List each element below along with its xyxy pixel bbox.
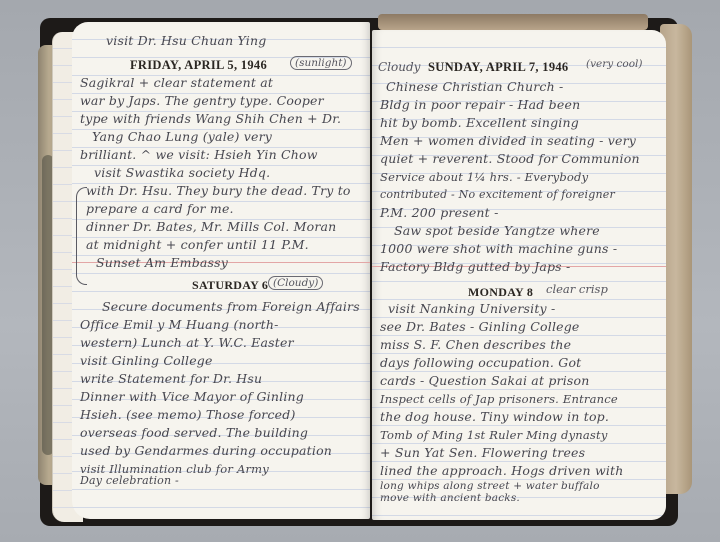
entry-text-sunday: Chinese Christian Church - Bldg in poor …	[372, 78, 666, 276]
entry-text-monday: visit Nanking University - see Dr. Bates…	[372, 300, 666, 504]
spine-tape-top	[378, 14, 648, 30]
right-page: Cloudy SUNDAY, APRIL 7, 1946 (very cool)…	[372, 30, 666, 520]
entry-text-friday-top: visit Dr. Hsu Chuan Ying	[72, 32, 370, 50]
entry-text-saturday: Secure documents from Foreign Affairs Of…	[72, 298, 370, 490]
weather-note-saturday: (Cloudy)	[268, 276, 323, 290]
date-header-monday: MONDAY 8	[468, 285, 533, 300]
weather-note-sunday: (very cool)	[586, 58, 643, 70]
entry-text-friday: Sagikral + clear statement at war by Jap…	[72, 74, 370, 272]
date-header-friday: FRIDAY, APRIL 5, 1946	[130, 58, 267, 73]
date-header-saturday: SATURDAY 6	[192, 278, 268, 293]
weather-note-monday: clear crisp	[546, 282, 608, 296]
weather-note-friday: (sunlight)	[290, 56, 352, 70]
left-page: FRIDAY, APRIL 5, 1946 (sunlight) visit D…	[72, 22, 370, 519]
weather-pre-note-sunday: Cloudy	[378, 60, 420, 74]
margin-bracket	[76, 187, 87, 285]
date-header-sunday: SUNDAY, APRIL 7, 1946	[428, 60, 568, 75]
